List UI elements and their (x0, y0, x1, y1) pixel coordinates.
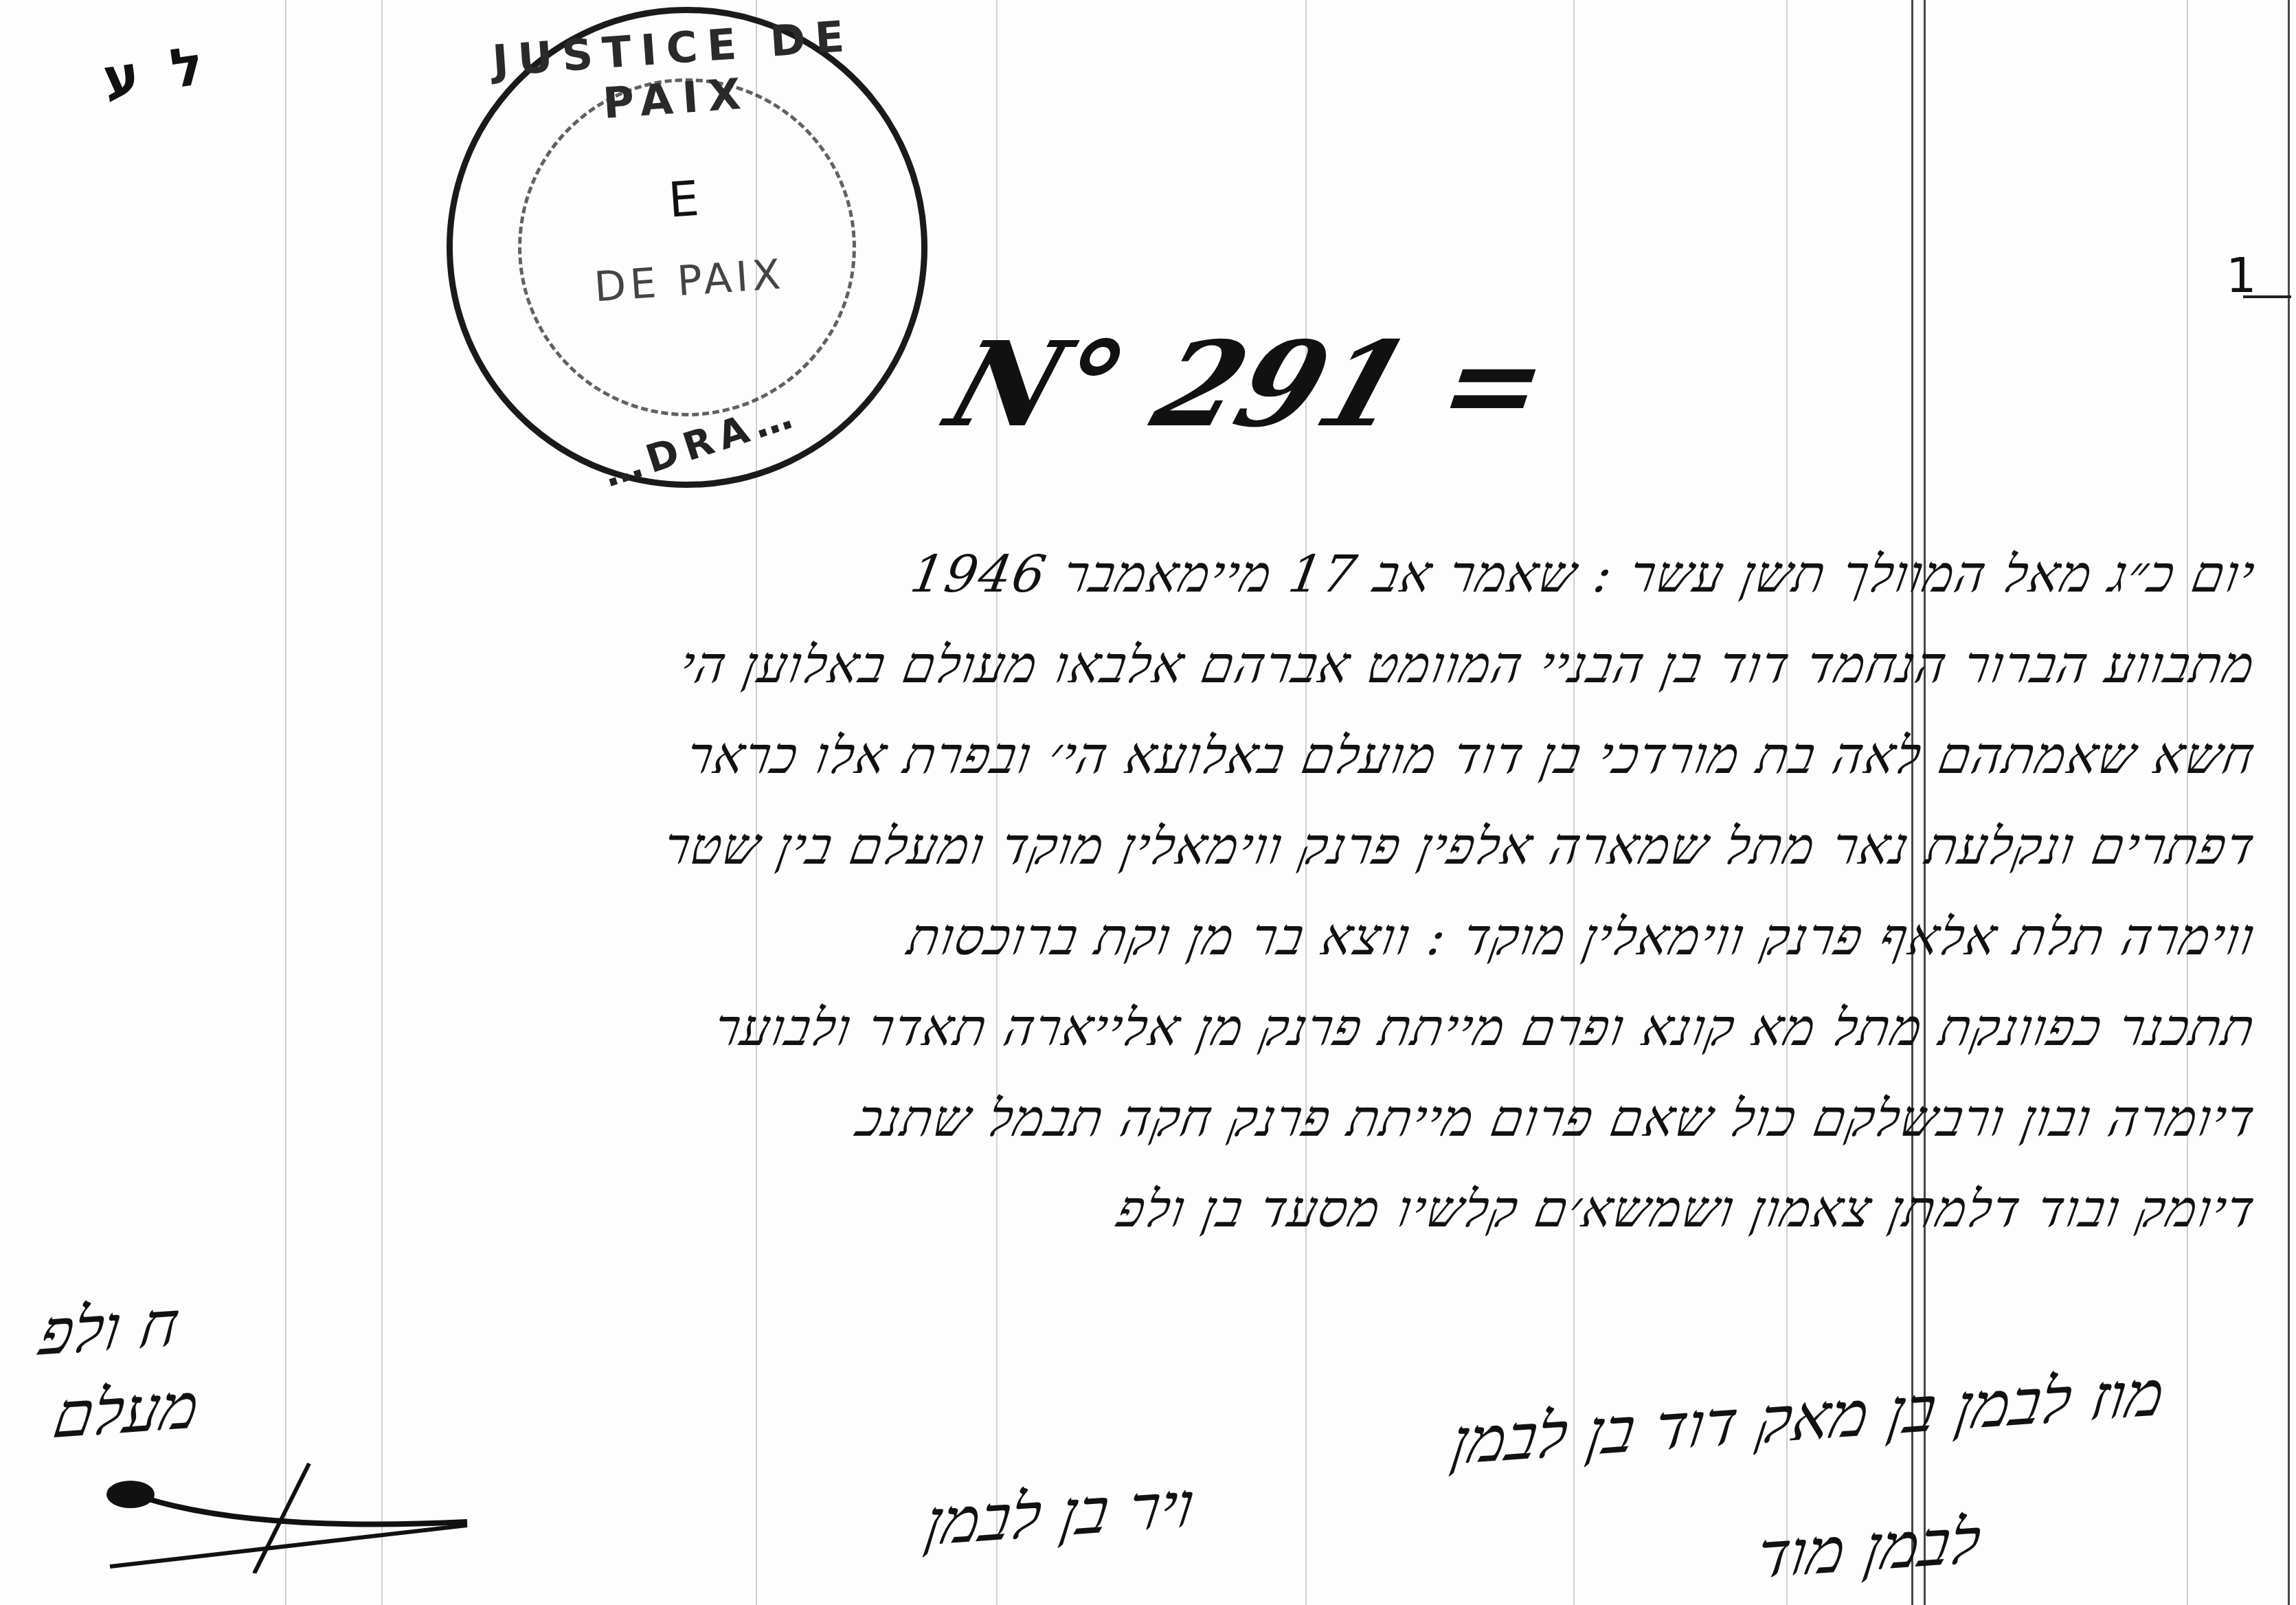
body-line: יום כ״ג מאל המוולך תשן עשר : שאמר אב 17 … (12, 529, 2262, 620)
body-line: חשא שאמתהם לאה בת מורדכי בן דוד מועלם בא… (12, 710, 2262, 801)
signature-middle: ויר בן לבמן (921, 1468, 1198, 1560)
body-line: ווימרה תלת אלאף פרנק ווימאלין מוקד : ווצ… (12, 892, 2262, 983)
right-edge-line (2288, 0, 2290, 1605)
body-line: תתכנר כפוונקת מתל מא קונא ופרם מייתת פרנ… (12, 983, 2262, 1073)
document-number: N° 291 = (933, 316, 1566, 453)
signature-right-bottom: לבמן מוד (1752, 1504, 1985, 1593)
deed-body: יום כ״ג מאל המוולך תשן עשר : שאמר אב 17 … (21, 529, 2255, 1255)
body-line: מתבווע הברור הנחמד דוד בן הבניי המוומט א… (12, 620, 2262, 710)
body-line: דיומרה ובון ורבשלקם כול שאם פרום מייתת פ… (12, 1073, 2262, 1164)
margin-tick-line (2243, 295, 2291, 298)
signature-left-top: ח ולפ (35, 1287, 183, 1370)
court-stamp: JUSTICE DE PAIX E DE PAIX …DRA… (430, 0, 943, 504)
body-line: דפתרים ונקלעת נאר מתל שמארה אלפין פרנק ו… (12, 801, 2262, 892)
stamp-top-text: JUSTICE DE PAIX (438, 7, 912, 139)
document-page: ל ע JUSTICE DE PAIX E DE PAIX …DRA… N° 2… (0, 0, 2296, 1605)
signature-left-bottom: מעלם (49, 1369, 203, 1452)
body-line: דיומק ובוד דלמתן צאמון ושמשא׳ם קלשיו מסע… (12, 1164, 2262, 1255)
corner-folio-mark: ל ע (99, 34, 214, 111)
signature-scrawl-icon (82, 1457, 508, 1573)
signature-right-top: מוז לבמן בן מאק דוד בן לבמן (1447, 1356, 2169, 1479)
